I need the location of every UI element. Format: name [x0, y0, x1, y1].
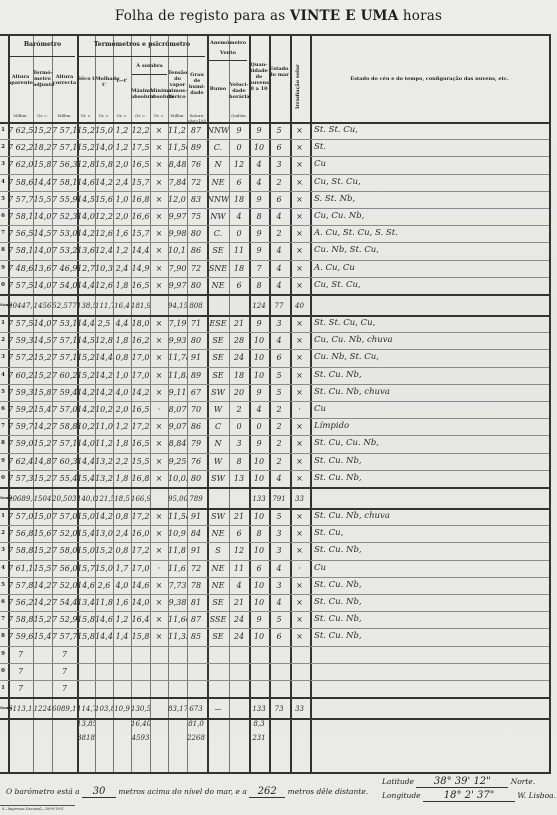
cell-irr: ×: [290, 474, 309, 483]
monthly-grau: 81,0: [187, 720, 205, 728]
cell-alt: 7 56,80: [8, 529, 33, 538]
sky-remark: Cu, Cu. Nb,: [314, 211, 364, 221]
row-number: 3: [0, 547, 6, 553]
cell-irr: ×: [290, 457, 309, 466]
cell-irr: ×: [290, 353, 309, 362]
monthly-row: 381845932268231: [0, 732, 549, 746]
cell-nuv: 8: [249, 281, 269, 290]
cell-mar: 2: [269, 439, 289, 448]
cell-nuv: 8: [249, 212, 269, 221]
sky-remark: Cu: [314, 404, 326, 414]
table-row: 17 57,0515,07 57,0715,014,20,817,2×11,58…: [0, 508, 549, 525]
unit-label: Quilóm.: [229, 113, 249, 118]
cell-min: ×: [150, 160, 168, 169]
table-row: 47 58,6014,47 58,114,614,22,415,7×7,8472…: [0, 174, 549, 191]
row-number: 2: [0, 144, 6, 150]
cell-mar: 3: [269, 581, 289, 590]
cell-vel: 9: [229, 126, 249, 135]
cell-tens: 7,84: [168, 178, 187, 187]
group-rule: [209, 60, 247, 61]
cell-corr: 7 59,48: [52, 388, 77, 397]
cell-irr: ×: [290, 319, 309, 328]
cell-molh: 15,2: [95, 546, 113, 555]
cell-tens: 10,91: [168, 529, 187, 538]
cell-max: 16,5: [131, 160, 150, 169]
sum-diff: 16,4: [113, 302, 131, 310]
cell-vel: 6: [229, 529, 249, 538]
cell-vel: 0: [229, 229, 249, 238]
cell-corr: 7 53,11: [52, 319, 77, 328]
cell-min: ×: [150, 388, 168, 397]
cell-irr: ×: [290, 632, 309, 641]
cell-seco: 14,5: [77, 195, 95, 204]
cell-max: 15,7: [131, 178, 150, 187]
cell-diff: 1,8: [113, 474, 131, 483]
cell-vel: 0: [229, 143, 249, 152]
sum-irr: 40: [290, 302, 309, 310]
cell-alt: 7 57,30: [8, 474, 33, 483]
sky-remark: St. Cu. Nb,: [314, 456, 362, 466]
cell-irr: ×: [290, 581, 309, 590]
cell-min: ×: [150, 336, 168, 345]
row-number: 1: [0, 513, 6, 519]
cell-corr: 7 57,11: [52, 143, 77, 152]
cell-corr: 7 57,07: [52, 405, 77, 414]
cell-molh: 14,2: [95, 388, 113, 397]
cell-molh: 13,2: [95, 457, 113, 466]
cell-molh: 13,2: [95, 474, 113, 483]
cell-diff: 0,8: [113, 512, 131, 521]
cell-diff: 4,4: [113, 319, 131, 328]
sum-corr: 52,577: [52, 302, 77, 310]
table-row: 57 59,3015,87 59,4814,214,24,014,2×9,116…: [0, 384, 549, 401]
cell-grau: 89: [187, 371, 205, 380]
row-number: 2: [0, 530, 6, 536]
header-grau: Grau de humi-dade: [187, 72, 207, 96]
sum-grau: 808: [187, 302, 205, 310]
cell-diff: 2,2: [113, 457, 131, 466]
sum-rumo: —: [207, 705, 229, 713]
header-irradiacao: Irradiação solar: [295, 49, 301, 109]
cell-molh: 12,6: [95, 229, 113, 238]
cell-mar: 3: [269, 160, 289, 169]
cell-tens: 9,38: [168, 598, 187, 607]
cell-alt: 7 58,10: [8, 212, 33, 221]
cell-min: ×: [150, 126, 168, 135]
cell-rumo: NE: [207, 581, 229, 590]
sum-irr: 33: [290, 705, 309, 713]
cell-molh: 2,5: [95, 319, 113, 328]
sum-term: 1456: [33, 302, 52, 310]
cell-seco: 14,2: [77, 229, 95, 238]
table-row: 47 61,1015,57 56,015,715,01,717,0·11,617…: [0, 560, 549, 577]
cell-vel: 20: [229, 388, 249, 397]
cell-term: 15,8: [33, 388, 52, 397]
cell-vel: 13: [229, 474, 249, 483]
cell-tens: 10,03: [168, 474, 187, 483]
header-rumo: Rumo: [207, 86, 229, 92]
sky-remark: St. Cu, Cu. Nb,: [314, 438, 379, 448]
table-row: 07 57,5514,07 54,0514,412,61,816,5×9,978…: [0, 277, 549, 294]
cell-alt: 7 59,70: [8, 422, 33, 431]
unit-label: Gr. c.: [77, 113, 95, 118]
cell-seco: 15,8: [77, 615, 95, 624]
cell-corr: 7 52,37: [52, 212, 77, 221]
cell-molh: 13,0: [95, 529, 113, 538]
cell-min: ×: [150, 229, 168, 238]
cell-min: ×: [150, 632, 168, 641]
cell-vel: 12: [229, 546, 249, 555]
cell-nuv: 10: [249, 598, 269, 607]
cell-vel: 21: [229, 319, 249, 328]
table-row: 67 56,2014,27 54,4513,411,81,614,0×9,388…: [0, 594, 549, 611]
table-row: 27 56,8015,67 52,0715,413,02,416,0×10,91…: [0, 525, 549, 542]
sum-corr: 6089,11: [52, 705, 77, 713]
cell-corr: 7 55,45: [52, 474, 77, 483]
cell-term: 15,2: [33, 615, 52, 624]
cell-grau: 79: [187, 439, 205, 448]
cell-mar: 6: [269, 353, 289, 362]
cell-seco: 14,2: [77, 405, 95, 414]
cell-nuv: 10: [249, 143, 269, 152]
cell-vel: 24: [229, 632, 249, 641]
sky-remark: St. Cu. Nb, chuva: [314, 387, 390, 397]
table-row: 077: [0, 663, 549, 680]
cell-alt: 7: [8, 684, 33, 693]
cell-rumo: SE: [207, 632, 229, 641]
table-row: 37 57,2015,27 57,1515,214,40,817,0×11,78…: [0, 349, 549, 366]
row-number: 6: [0, 406, 6, 412]
cell-vel: 3: [229, 439, 249, 448]
monthly-max: 16,40: [131, 720, 150, 728]
cell-tens: 9,98: [168, 229, 187, 238]
cell-rumo: NE: [207, 281, 229, 290]
cell-nuv: 4: [249, 405, 269, 414]
table-row: 87 59,0515,27 57,1714,011,21,816,5×8,847…: [0, 435, 549, 452]
cell-seco: 15,7: [77, 564, 95, 573]
cell-grau: 87: [187, 126, 205, 135]
cell-molh: 14,4: [95, 353, 113, 362]
cell-corr: 7 60,35: [52, 457, 77, 466]
header-seco: Sêco t: [77, 76, 95, 82]
cell-corr: 7 52,04: [52, 581, 77, 590]
cell-molh: 11,2: [95, 439, 113, 448]
table-row: 977: [0, 646, 549, 663]
cell-diff: 0,8: [113, 353, 131, 362]
cell-mar: 2: [269, 422, 289, 431]
cell-vel: 4: [229, 581, 249, 590]
cell-vel: 6: [229, 281, 249, 290]
sum-row: Soma20689,4150420,503,8140,0121,518,5166…: [0, 487, 549, 508]
cell-seco: 15,2: [77, 126, 95, 135]
cell-alt: 7 58,80: [8, 615, 33, 624]
cell-molh: 11,8: [95, 598, 113, 607]
cell-term: 15,2: [33, 439, 52, 448]
cell-mar: 5: [269, 512, 289, 521]
cell-mar: 6: [269, 632, 289, 641]
sum-max: 181,9: [131, 302, 150, 310]
sky-remark: Cu. Nb, St. Cu,: [314, 245, 379, 255]
cell-term: 18,2: [33, 143, 52, 152]
cell-vel: 11: [229, 246, 249, 255]
cell-molh: 14,6: [95, 615, 113, 624]
cell-corr: 7 57,15: [52, 353, 77, 362]
cell-corr: 7 52,07: [52, 529, 77, 538]
sum-tens: 94,15: [168, 302, 187, 310]
cell-mar: 3: [269, 546, 289, 555]
sky-remark: Cu: [314, 159, 326, 169]
cell-diff: 1,8: [113, 336, 131, 345]
table-row: 47 60,2515,27 60,2515,214,21,017,0×11,85…: [0, 367, 549, 384]
cell-molh: 10,3: [95, 264, 113, 273]
cell-term: 14,0: [33, 246, 52, 255]
row-number: 6: [0, 599, 6, 605]
sky-remark: St. St. Cu,: [314, 125, 358, 135]
unit-label: Millim.: [8, 113, 33, 118]
row-number: 1: [0, 127, 6, 133]
cell-max: 17,0: [131, 371, 150, 380]
cell-diff: 1,7: [113, 564, 131, 573]
row-number: 7: [0, 423, 6, 429]
cell-alt: 7 62,55: [8, 126, 33, 135]
cell-max: 16,8: [131, 474, 150, 483]
sum-alt: 20689,4: [8, 495, 33, 503]
cell-corr: 7 56,0: [52, 564, 77, 573]
cell-rumo: SE: [207, 598, 229, 607]
cell-nuv: 10: [249, 457, 269, 466]
cell-mar: 4: [269, 598, 289, 607]
register-sheet: Folha de registo para as VINTE E UMA hor…: [0, 0, 557, 815]
cell-min: ×: [150, 353, 168, 362]
cell-irr: ×: [290, 546, 309, 555]
cell-vel: 6: [229, 178, 249, 187]
cell-grau: 91: [187, 512, 205, 521]
cell-grau: 91: [187, 353, 205, 362]
row-number: 7: [0, 230, 6, 236]
cell-diff: 2,4: [113, 529, 131, 538]
cell-grau: 86: [187, 422, 205, 431]
row-number: 4: [0, 372, 6, 378]
cell-molh: 10,2: [95, 405, 113, 414]
cell-term: 14,2: [33, 422, 52, 431]
cell-diff: 1,4: [113, 632, 131, 641]
cell-nuv: 10: [249, 581, 269, 590]
header-estado-ceu: Estado do céu e do tempo, configuração d…: [310, 76, 549, 82]
sum-alt: 20447,0: [8, 302, 33, 310]
cell-mar: 5: [269, 615, 289, 624]
cell-alt: 7 57,80: [8, 581, 33, 590]
longitude-value: 18° 2' 37": [423, 790, 515, 802]
cell-rumo: SNE: [207, 264, 229, 273]
cell-alt: 7: [8, 667, 33, 676]
cell-mar: 4: [269, 246, 289, 255]
header-termometros: Termómetros e psicrómetro: [77, 42, 207, 48]
header-vento: Vento: [207, 50, 249, 56]
table-row: 77 58,8015,27 52,9415,814,61,216,4×11,66…: [0, 611, 549, 628]
cell-corr: 7 58,1: [52, 178, 77, 187]
cell-max: 16,4: [131, 615, 150, 624]
unit-label: Millim.: [168, 113, 187, 118]
cell-seco: 12,8: [77, 160, 95, 169]
cell-min: ×: [150, 319, 168, 328]
row-number: 0: [0, 668, 6, 674]
header-estado-mar: Estado do mar: [269, 66, 289, 78]
cell-term: 15,4: [33, 405, 52, 414]
sky-remark: St. Cu. Nb, chuva: [314, 511, 390, 521]
sum-diff: 18,5: [113, 495, 131, 503]
cell-max: 16,8: [131, 195, 150, 204]
sum-max: 130,5: [131, 705, 150, 713]
cell-term: 15,2: [33, 474, 52, 483]
cell-grau: 75: [187, 212, 205, 221]
cell-nuv: 10: [249, 546, 269, 555]
cell-min: ·: [150, 405, 168, 414]
cell-seco: 13,6: [77, 246, 95, 255]
cell-tens: 9,07: [168, 422, 187, 431]
cell-max: 14,2: [131, 388, 150, 397]
cell-vel: 11: [229, 564, 249, 573]
cell-corr: 7 54,45: [52, 598, 77, 607]
sum-alt: 6113,15: [8, 705, 33, 713]
cell-grau: 83: [187, 195, 205, 204]
cell-tens: 9,93: [168, 336, 187, 345]
cell-vel: 12: [229, 160, 249, 169]
cell-diff: 2,0: [113, 160, 131, 169]
cell-tens: 8,48: [168, 160, 187, 169]
sum-nuv: 124: [249, 302, 269, 310]
cell-max: 17,0: [131, 564, 150, 573]
cell-min: ×: [150, 195, 168, 204]
header-tensao: Tensão do vapor atmos-férico: [168, 70, 187, 100]
cell-term: 14,4: [33, 178, 52, 187]
cell-tens: 11,85: [168, 371, 187, 380]
row-number: 9: [0, 651, 6, 657]
cell-rumo: SW: [207, 512, 229, 521]
cell-term: 14,5: [33, 336, 52, 345]
cell-mar: 4: [269, 212, 289, 221]
cell-nuv: 10: [249, 371, 269, 380]
sum-term: 1224: [33, 705, 52, 713]
cell-molh: 14,2: [95, 371, 113, 380]
cell-vel: 24: [229, 615, 249, 624]
cell-corr: 7 53,05: [52, 229, 77, 238]
cell-min: ×: [150, 246, 168, 255]
header-termometro-adjunto: Termó-metro adjunto: [33, 70, 52, 88]
sky-remark: St. Cu. Nb,: [314, 370, 362, 380]
cell-mar: 4: [269, 264, 289, 273]
cell-mar: 2: [269, 178, 289, 187]
cell-mar: 5: [269, 126, 289, 135]
sum-irr: 33: [290, 495, 309, 503]
sky-remark: St. St. Cu, Cu,: [314, 318, 375, 328]
cell-seco: 12,7: [77, 264, 95, 273]
cell-molh: 12,6: [95, 281, 113, 290]
cell-mar: 6: [269, 195, 289, 204]
sum-molh: 111,7: [95, 302, 113, 310]
table-row: 07 57,3015,27 55,4515,413,21,816,8×10,03…: [0, 470, 549, 487]
group-rule: [79, 56, 205, 57]
sum-mar: 73: [269, 705, 289, 713]
cell-diff: 1,8: [113, 281, 131, 290]
cell-nuv: 10: [249, 474, 269, 483]
row-number: 2: [0, 337, 6, 343]
cell-alt: 7 59,20: [8, 405, 33, 414]
sum-seco: 114,7: [77, 705, 95, 713]
cell-irr: ×: [290, 195, 309, 204]
table-row: 87 58,1014,07 53,2813,612,41,214,4×10,11…: [0, 242, 549, 259]
cell-rumo: SW: [207, 474, 229, 483]
cell-mar: 2: [269, 405, 289, 414]
cell-nuv: 9: [249, 229, 269, 238]
cell-rumo: SW: [207, 388, 229, 397]
cell-grau: 85: [187, 632, 205, 641]
row-number: 8: [0, 633, 6, 639]
cell-mar: 4: [269, 281, 289, 290]
cell-molh: 14,2: [95, 178, 113, 187]
cell-rumo: SE: [207, 371, 229, 380]
sum-mar: 77: [269, 302, 289, 310]
cell-alt: 7 57,50: [8, 319, 33, 328]
cell-alt: 7 59,60: [8, 632, 33, 641]
row-number: 9: [0, 265, 6, 271]
cell-seco: 13,4: [77, 598, 95, 607]
cell-corr: 7: [52, 684, 77, 693]
barometer-height: 30: [82, 786, 116, 798]
cell-alt: 7 56,20: [8, 598, 33, 607]
cell-alt: 7 56,50: [8, 229, 33, 238]
cell-max: 16,5: [131, 281, 150, 290]
cell-nuv: 10: [249, 632, 269, 641]
row-number: 0: [0, 282, 6, 288]
cell-nuv: 0: [249, 422, 269, 431]
row-number: 5: [0, 389, 6, 395]
cell-max: 17,2: [131, 512, 150, 521]
cell-corr: 7 52,94: [52, 615, 77, 624]
sky-remark: St. Cu. Nb,: [314, 545, 362, 555]
cell-vel: 8: [229, 457, 249, 466]
cell-nuv: 9: [249, 615, 269, 624]
cell-grau: 67: [187, 388, 205, 397]
cell-max: 12,2: [131, 126, 150, 135]
cell-rumo: W: [207, 457, 229, 466]
monthly-row: 13,8516,4081,08,3: [0, 718, 549, 732]
cell-irr: ×: [290, 246, 309, 255]
cell-alt: 7 57,05: [8, 512, 33, 521]
cell-alt: 7 59,38: [8, 336, 33, 345]
header-altura-correcta: Altura correcta: [52, 74, 77, 86]
cell-nuv: 4: [249, 178, 269, 187]
cell-rumo: SE: [207, 336, 229, 345]
cell-mar: 4: [269, 474, 289, 483]
cell-molh: 12,8: [95, 336, 113, 345]
sum-mar: 791: [269, 495, 289, 503]
sum-nuv: 133: [249, 495, 269, 503]
sum-label: Soma: [0, 302, 6, 307]
cell-rumo: NE: [207, 529, 229, 538]
table-row: 97 48,6013,67 46,9112,710,32,414,9×7,907…: [0, 260, 549, 277]
cell-nuv: 9: [249, 319, 269, 328]
cell-term: 15,2: [33, 546, 52, 555]
sky-remark: St.: [314, 142, 326, 152]
cell-grau: 78: [187, 581, 205, 590]
cell-alt: 7 58,80: [8, 546, 33, 555]
cell-min: ×: [150, 439, 168, 448]
cell-seco: 14,5: [77, 336, 95, 345]
cell-irr: ×: [290, 126, 309, 135]
cell-mar: 6: [269, 143, 289, 152]
cell-diff: 1,6: [113, 229, 131, 238]
cell-seco: 15,4: [77, 474, 95, 483]
